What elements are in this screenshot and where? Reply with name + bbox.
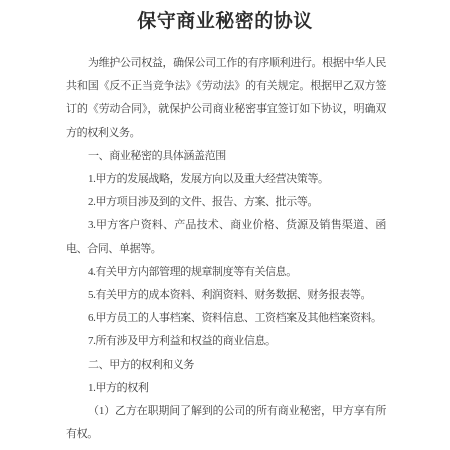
intro-paragraph: 为维护公司权益，确保公司工作的有序顺利进行。根据中华人民共和国《反不正当竞争法》… xyxy=(66,52,386,145)
document-body: 为维护公司权益，确保公司工作的有序顺利进行。根据中华人民共和国《反不正当竞争法》… xyxy=(66,52,386,446)
scope-item-1: 1.甲方的发展战略，发展方向以及重大经营决策等。 xyxy=(66,168,386,191)
scope-item-5: 5.有关甲方的成本资料、利润资料、财务数据、财务报表等。 xyxy=(66,284,386,307)
scope-item-3: 3.甲方客户资料、产品技术、商业价格、货源及销售渠道、函电、合同、单据等。 xyxy=(66,214,386,260)
section-1-heading: 一、商业秘密的具体涵盖范围 xyxy=(66,145,386,168)
scope-item-7: 7.所有涉及甲方利益和权益的商业信息。 xyxy=(66,330,386,353)
scope-item-4: 4.有关甲方内部管理的规章制度等有关信息。 xyxy=(66,261,386,284)
document-page: 保守商业秘密的协议 为维护公司权益，确保公司工作的有序顺利进行。根据中华人民共和… xyxy=(0,0,450,450)
document-title: 保守商业秘密的协议 xyxy=(0,9,450,35)
section-2-heading: 二、甲方的权利和义务 xyxy=(66,354,386,377)
scope-item-2: 2.甲方项目涉及到的文件、报告、方案、批示等。 xyxy=(66,191,386,214)
subsection-1-heading: 1.甲方的权利 xyxy=(66,377,386,400)
clause-1: （1）乙方在职期间了解到的公司的所有商业秘密，甲方享有所有权。 xyxy=(66,400,386,446)
scope-item-6: 6.甲方员工的人事档案、资料信息、工资档案及其他档案资料。 xyxy=(66,307,386,330)
